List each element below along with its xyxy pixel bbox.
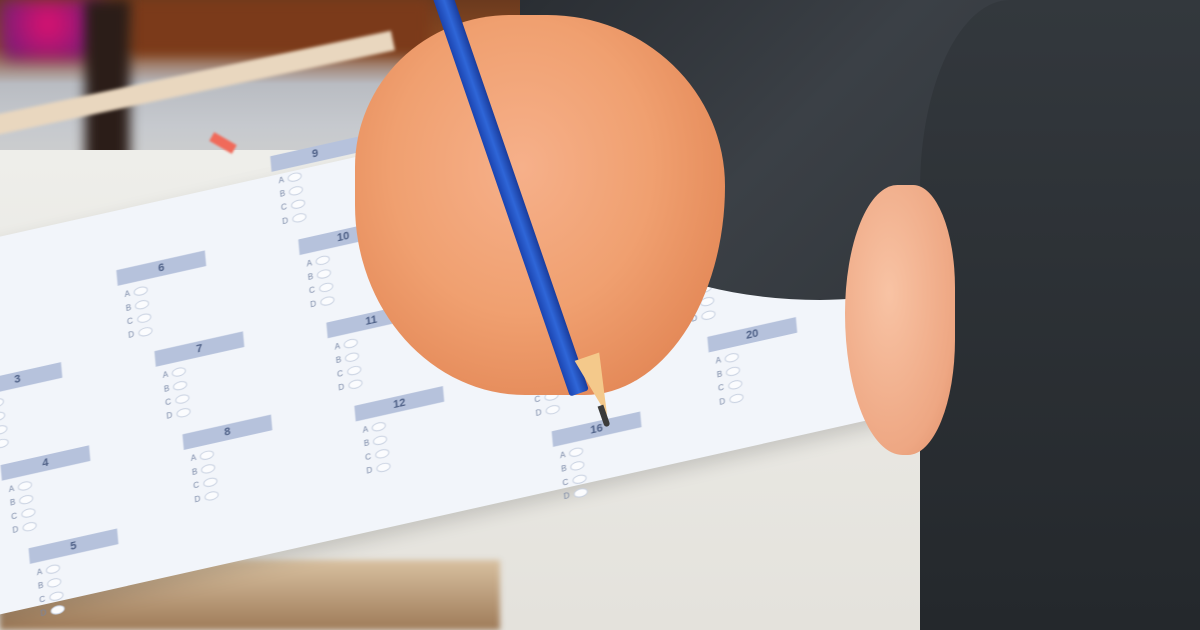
option-letter: C	[309, 286, 316, 296]
answer-bubble[interactable]	[372, 421, 387, 433]
answer-option[interactable]: D	[282, 212, 307, 226]
answer-bubble[interactable]	[348, 378, 363, 390]
answer-option[interactable]: D	[366, 462, 391, 476]
option-letter: B	[336, 355, 342, 365]
option-letter: C	[281, 202, 288, 212]
answer-option[interactable]: C	[39, 590, 64, 604]
answer-option[interactable]: B	[561, 460, 585, 474]
answer-option[interactable]: B	[0, 410, 6, 424]
option-letter: A	[162, 370, 168, 380]
answer-option[interactable]: C	[127, 312, 152, 326]
answer-bubble[interactable]	[0, 438, 9, 450]
answer-bubble[interactable]	[289, 185, 304, 197]
option-letter: A	[334, 342, 340, 352]
answer-bubble[interactable]	[292, 212, 307, 224]
option-letter: D	[194, 494, 201, 504]
answer-bubble[interactable]	[317, 268, 332, 280]
answer-option[interactable]: D	[194, 490, 219, 504]
answer-option[interactable]: D	[535, 404, 560, 418]
option-letter: C	[39, 594, 46, 604]
option-letter: C	[165, 397, 172, 407]
left-hand	[845, 185, 955, 455]
option-letter: D	[12, 525, 19, 535]
answer-option[interactable]: A	[362, 421, 386, 435]
answer-bubble[interactable]	[290, 198, 305, 210]
answer-bubble[interactable]	[0, 410, 6, 422]
answer-bubble[interactable]	[201, 463, 216, 475]
answer-option[interactable]: B	[38, 577, 62, 591]
option-letter: B	[164, 384, 170, 394]
answer-option[interactable]: A	[560, 446, 584, 460]
option-letter: C	[534, 394, 541, 404]
option-letter: A	[278, 175, 284, 185]
answer-option[interactable]: C	[718, 379, 743, 393]
option-letter: D	[282, 216, 289, 226]
answer-option[interactable]: B	[364, 434, 388, 448]
answer-bubble[interactable]	[138, 326, 153, 338]
answer-option[interactable]: A	[162, 366, 186, 380]
answer-bubble[interactable]	[572, 473, 587, 485]
option-letter: C	[193, 480, 200, 490]
answer-option[interactable]: B	[307, 268, 331, 282]
option-letter: D	[338, 382, 345, 392]
option-letter: A	[306, 258, 312, 268]
answer-option[interactable]: C	[562, 473, 587, 487]
answer-option[interactable]: D	[128, 326, 153, 340]
option-letter: B	[364, 438, 370, 448]
option-letter: A	[715, 356, 721, 366]
option-letter: C	[11, 511, 18, 521]
answer-bubble[interactable]	[320, 295, 335, 307]
answer-option[interactable]: C	[337, 365, 362, 379]
answer-bubble[interactable]	[570, 460, 585, 472]
option-letter: D	[563, 491, 570, 501]
answer-bubble[interactable]	[573, 487, 588, 499]
answer-bubble[interactable]	[173, 380, 188, 392]
student-torso	[920, 0, 1200, 630]
answer-bubble[interactable]	[701, 309, 716, 321]
answer-bubble[interactable]	[200, 449, 215, 461]
option-letter: C	[337, 369, 344, 379]
answer-bubble[interactable]	[0, 397, 5, 409]
answer-option[interactable]: D	[338, 378, 363, 392]
answer-bubble[interactable]	[203, 476, 218, 488]
option-letter: B	[717, 369, 723, 379]
answer-option[interactable]: C	[11, 507, 36, 521]
answer-option[interactable]: D	[719, 393, 744, 407]
answer-bubble[interactable]	[204, 490, 219, 502]
answer-option[interactable]: A	[715, 352, 739, 366]
answer-bubble[interactable]	[729, 393, 744, 405]
option-letter: C	[562, 477, 569, 487]
answer-option[interactable]: D	[563, 487, 588, 501]
answer-bubble[interactable]	[22, 521, 37, 533]
answer-bubble[interactable]	[47, 577, 62, 589]
option-letter: B	[561, 464, 567, 474]
answer-option[interactable]: C	[281, 198, 306, 212]
option-letter: D	[719, 397, 726, 407]
option-letter: D	[40, 608, 47, 618]
answer-option[interactable]: B	[279, 185, 303, 199]
answer-option[interactable]: A	[334, 338, 358, 352]
answer-option[interactable]: C	[165, 393, 190, 407]
option-letter: B	[307, 272, 313, 282]
blurred-post	[85, 0, 130, 170]
option-letter: A	[362, 425, 368, 435]
answer-bubble[interactable]	[18, 480, 33, 492]
option-letter: D	[128, 330, 135, 340]
answer-bubble[interactable]	[175, 393, 190, 405]
answer-option[interactable]: C	[365, 448, 390, 462]
answer-option[interactable]: A	[124, 285, 148, 299]
answer-bubble[interactable]	[46, 563, 61, 575]
answer-bubble[interactable]	[725, 352, 740, 364]
writing-hand	[355, 15, 725, 395]
answer-bubble[interactable]	[375, 448, 390, 460]
option-letter: A	[560, 450, 566, 460]
answer-option[interactable]: A	[306, 254, 330, 268]
answer-option[interactable]: A	[278, 171, 302, 185]
answer-bubble[interactable]	[376, 462, 391, 474]
option-letter: C	[718, 383, 725, 393]
answer-bubble[interactable]	[344, 338, 359, 350]
option-letter: A	[190, 453, 196, 463]
option-letter: A	[124, 289, 130, 299]
answer-bubble[interactable]	[49, 590, 64, 602]
option-letter: B	[126, 303, 132, 313]
answer-bubble[interactable]	[137, 312, 152, 324]
answer-option[interactable]: A	[36, 563, 60, 577]
answer-option[interactable]: B	[164, 380, 188, 394]
answer-bubble[interactable]	[50, 604, 65, 616]
answer-bubble[interactable]	[172, 366, 187, 378]
option-letter: D	[366, 466, 373, 476]
photo-scene: 3ABCD4ABCD5ABCD6ABCD7ABCD8ABCD9ABCD10ABC…	[0, 0, 1200, 630]
option-letter: B	[192, 467, 198, 477]
answer-bubble[interactable]	[21, 507, 36, 519]
answer-option[interactable]: D	[12, 521, 37, 535]
answer-option[interactable]: D	[166, 407, 191, 421]
answer-bubble[interactable]	[345, 351, 360, 363]
option-letter: A	[36, 567, 42, 577]
option-letter: B	[38, 581, 44, 591]
option-letter: C	[127, 316, 134, 326]
answer-bubble[interactable]	[569, 446, 584, 458]
answer-bubble[interactable]	[347, 365, 362, 377]
answer-option[interactable]: B	[336, 351, 360, 365]
answer-option[interactable]: C	[0, 424, 8, 438]
option-letter: B	[10, 498, 16, 508]
answer-bubble[interactable]	[135, 299, 150, 311]
answer-bubble[interactable]	[728, 379, 743, 391]
answer-option[interactable]: D	[0, 438, 9, 452]
answer-bubble[interactable]	[19, 494, 34, 506]
answer-bubble[interactable]	[319, 281, 334, 293]
answer-option[interactable]: B	[717, 365, 741, 379]
answer-option[interactable]: A	[190, 449, 214, 463]
answer-bubble[interactable]	[134, 285, 149, 297]
answer-option[interactable]: A	[8, 480, 32, 494]
answer-bubble[interactable]	[545, 404, 560, 416]
answer-bubble[interactable]	[316, 254, 331, 266]
answer-option[interactable]: B	[126, 299, 150, 313]
option-letter: A	[8, 484, 14, 494]
answer-bubble[interactable]	[373, 434, 388, 446]
answer-option[interactable]: C	[193, 476, 218, 490]
option-letter: C	[365, 452, 372, 462]
option-letter: D	[310, 299, 317, 309]
answer-option[interactable]: B	[10, 494, 34, 508]
answer-bubble[interactable]	[176, 407, 191, 419]
answer-option[interactable]: A	[0, 397, 5, 411]
option-letter: D	[535, 408, 542, 418]
answer-bubble[interactable]	[726, 365, 741, 377]
answer-bubble[interactable]	[0, 424, 8, 436]
answer-option[interactable]: C	[309, 281, 334, 295]
answer-bubble[interactable]	[288, 171, 303, 183]
option-letter: B	[279, 189, 285, 199]
option-letter: D	[166, 411, 173, 421]
answer-option[interactable]: B	[192, 463, 216, 477]
answer-option[interactable]: D	[40, 604, 65, 618]
answer-option[interactable]: D	[310, 295, 335, 309]
